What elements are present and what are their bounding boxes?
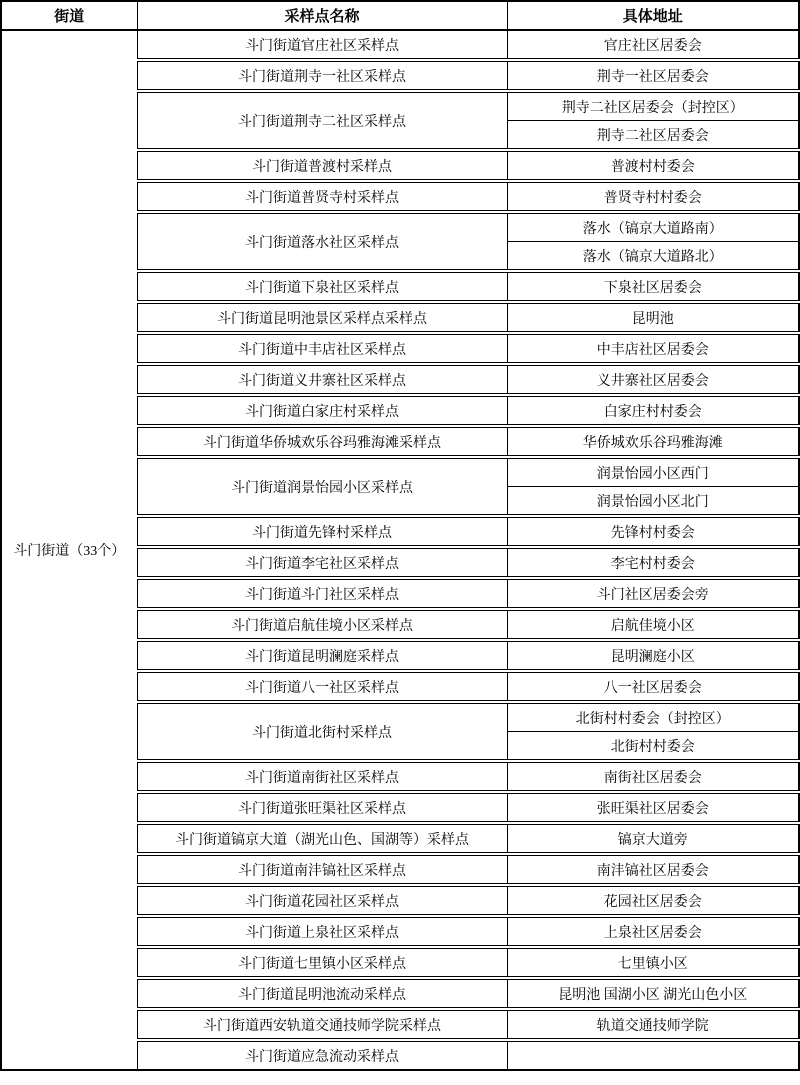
address-cell: 七里镇小区 [507,947,799,978]
address-cell: 北街村村委会（封控区） [507,702,799,732]
address-cell: 昆明池 国湖小区 湖光山色小区 [507,978,799,1009]
table-header: 街道 采样点名称 具体地址 [1,1,799,30]
address-cell: 李宅村村委会 [507,547,799,578]
site-name-cell: 斗门街道普贤寺村采样点 [137,181,507,212]
address-cell: 普渡村村委会 [507,150,799,181]
site-name-cell: 斗门街道八一社区采样点 [137,671,507,702]
site-name-cell: 斗门街道昆明池流动采样点 [137,978,507,1009]
site-name-cell: 斗门街道北街村采样点 [137,702,507,761]
site-name-cell: 斗门街道白家庄村采样点 [137,395,507,426]
site-name-cell: 斗门街道七里镇小区采样点 [137,947,507,978]
site-name-cell: 斗门街道镐京大道（湖光山色、国湖等）采样点 [137,823,507,854]
site-name-cell: 斗门街道启航佳境小区采样点 [137,609,507,640]
street-cell: 斗门街道（33个） [1,30,137,1070]
address-cell: 镐京大道旁 [507,823,799,854]
site-name-cell: 斗门街道华侨城欢乐谷玛雅海滩采样点 [137,426,507,457]
address-cell: 南街社区居委会 [507,761,799,792]
site-name-cell: 斗门街道荆寺一社区采样点 [137,60,507,91]
site-name-cell: 斗门街道李宅社区采样点 [137,547,507,578]
address-cell: 华侨城欢乐谷玛雅海滩 [507,426,799,457]
site-name-cell: 斗门街道斗门社区采样点 [137,578,507,609]
site-name-cell: 斗门街道应急流动采样点 [137,1040,507,1070]
address-cell: 北街村村委会 [507,732,799,762]
site-name-cell: 斗门街道官庄社区采样点 [137,30,507,60]
site-name-cell: 斗门街道义井寨社区采样点 [137,364,507,395]
site-name-cell: 斗门街道昆明池景区采样点采样点 [137,302,507,333]
address-cell: 润景怡园小区北门 [507,487,799,517]
address-cell: 八一社区居委会 [507,671,799,702]
address-cell: 落水（镐京大道路南） [507,212,799,242]
document-page: 街道 采样点名称 具体地址 斗门街道（33个）斗门街道官庄社区采样点官庄社区居委… [0,0,800,1085]
address-cell: 荆寺一社区居委会 [507,60,799,91]
address-cell: 南沣镐社区居委会 [507,854,799,885]
address-cell: 昆明澜庭小区 [507,640,799,671]
site-name-cell: 斗门街道南沣镐社区采样点 [137,854,507,885]
address-cell: 普贤寺村村委会 [507,181,799,212]
address-cell: 昆明池 [507,302,799,333]
site-name-cell: 斗门街道先锋村采样点 [137,516,507,547]
site-name-cell: 斗门街道落水社区采样点 [137,212,507,271]
address-cell: 白家庄村村委会 [507,395,799,426]
address-cell: 官庄社区居委会 [507,30,799,60]
address-cell: 荆寺二社区居委会 [507,121,799,151]
address-cell: 轨道交通技师学院 [507,1009,799,1040]
address-cell: 中丰店社区居委会 [507,333,799,364]
site-name-cell: 斗门街道张旺渠社区采样点 [137,792,507,823]
site-name-cell: 斗门街道下泉社区采样点 [137,271,507,302]
address-cell: 上泉社区居委会 [507,916,799,947]
site-name-cell: 斗门街道中丰店社区采样点 [137,333,507,364]
address-cell: 斗门社区居委会旁 [507,578,799,609]
header-row: 街道 采样点名称 具体地址 [1,1,799,30]
address-cell [507,1040,799,1070]
sampling-points-table: 街道 采样点名称 具体地址 斗门街道（33个）斗门街道官庄社区采样点官庄社区居委… [0,0,800,1071]
table-body: 斗门街道（33个）斗门街道官庄社区采样点官庄社区居委会斗门街道荆寺一社区采样点荆… [1,30,799,1070]
address-cell: 荆寺二社区居委会（封控区） [507,91,799,121]
address-cell: 落水（镐京大道路北） [507,242,799,272]
address-cell: 启航佳境小区 [507,609,799,640]
address-cell: 润景怡园小区西门 [507,457,799,487]
site-name-cell: 斗门街道普渡村采样点 [137,150,507,181]
header-street: 街道 [1,1,137,30]
site-name-cell: 斗门街道润景怡园小区采样点 [137,457,507,516]
site-name-cell: 斗门街道昆明澜庭采样点 [137,640,507,671]
address-cell: 义井寨社区居委会 [507,364,799,395]
table-row: 斗门街道（33个）斗门街道官庄社区采样点官庄社区居委会 [1,30,799,60]
site-name-cell: 斗门街道花园社区采样点 [137,885,507,916]
header-site-name: 采样点名称 [137,1,507,30]
site-name-cell: 斗门街道西安轨道交通技师学院采样点 [137,1009,507,1040]
site-name-cell: 斗门街道南街社区采样点 [137,761,507,792]
address-cell: 先锋村村委会 [507,516,799,547]
header-address: 具体地址 [507,1,799,30]
address-cell: 张旺渠社区居委会 [507,792,799,823]
address-cell: 花园社区居委会 [507,885,799,916]
site-name-cell: 斗门街道荆寺二社区采样点 [137,91,507,150]
site-name-cell: 斗门街道上泉社区采样点 [137,916,507,947]
address-cell: 下泉社区居委会 [507,271,799,302]
